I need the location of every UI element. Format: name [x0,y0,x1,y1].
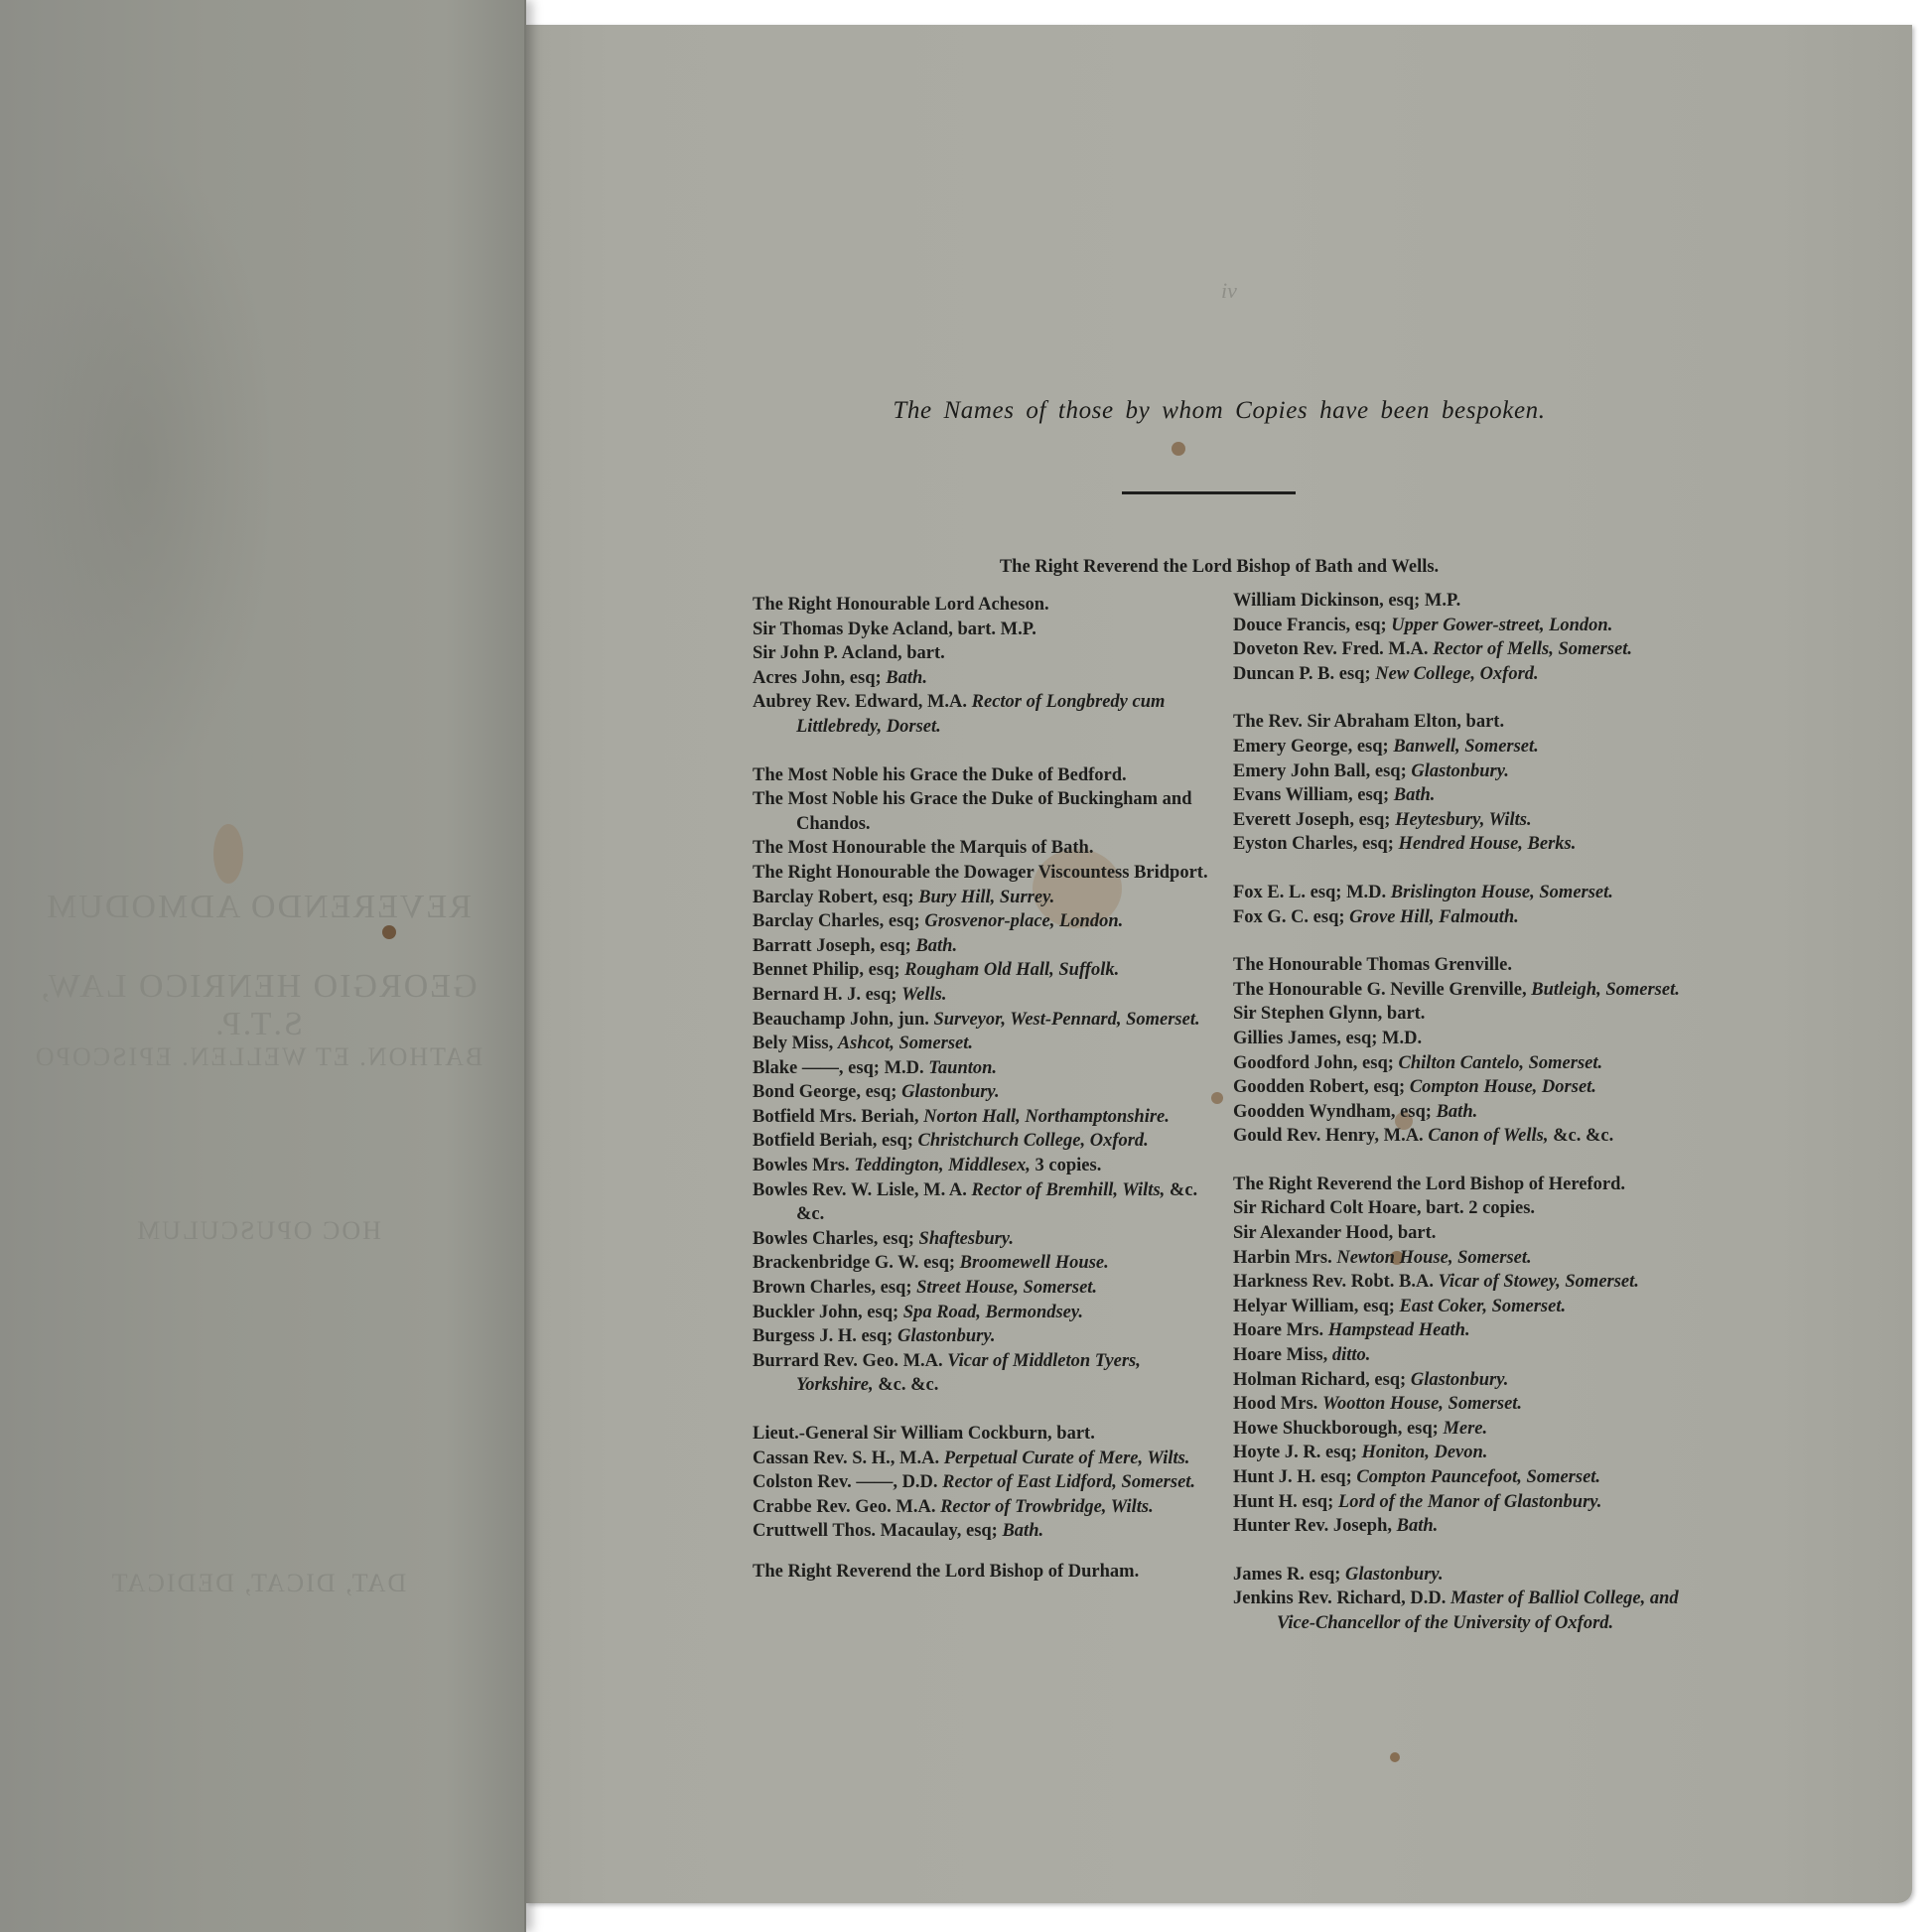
subscriber-entry: Hoyte J. R. esq; Honiton, Devon. [1233,1441,1710,1465]
subscriber-name: Emery John Ball, esq; [1233,761,1407,781]
subscriber-location: Honiton, Devon. [1361,1443,1487,1462]
subscriber-entry: Beauchamp John, jun. Surveyor, West-Penn… [753,1008,1219,1033]
subscriber-suffix: &c. &c. [1553,1126,1613,1146]
subscriber-location: Glastonbury. [901,1082,1000,1102]
subscriber-name: Brown Charles, esq; [753,1278,912,1298]
subscriber-name: The Honourable Thomas Grenville. [1233,955,1512,975]
subscriber-name: Bely Miss, [753,1034,833,1053]
section-gap [1233,1149,1710,1173]
subscriber-entry: Burgess J. H. esq; Glastonbury. [753,1324,1219,1349]
subscriber-entry: Hunter Rev. Joseph, Bath. [1233,1514,1710,1539]
subscriber-entry: Hoare Mrs. Hampstead Heath. [1233,1318,1710,1343]
section-gap [753,740,1219,763]
subscriber-name: Hoare Miss, [1233,1345,1327,1365]
subscriber-entry: Sir John P. Acland, bart. [753,641,1219,666]
subscriber-name: Lieut.-General Sir William Cockburn, bar… [753,1424,1095,1444]
subscriber-name: Sir Thomas Dyke Acland, bart. M.P. [753,620,1036,639]
subscriber-location: Taunton. [928,1058,997,1078]
subscriber-name: Hunter Rev. Joseph, [1233,1516,1392,1536]
subscriber-entry: Hoare Miss, ditto. [1233,1343,1710,1368]
subscriber-entry: Bernard H. J. esq; Wells. [753,983,1219,1008]
subscriber-name: Bowles Rev. W. Lisle, M. A. [753,1180,967,1200]
subscriber-location: Ashcot, Somerset. [838,1034,973,1053]
subscriber-entry: Doveton Rev. Fred. M.A. Rector of Mells,… [1233,637,1710,662]
subscriber-name: Duncan P. B. esq; [1233,664,1371,684]
subscriber-entry: James R. esq; Glastonbury. [1233,1563,1710,1587]
subscriber-entry: Goodford John, esq; Chilton Cantelo, Som… [1233,1051,1710,1076]
subscriber-name: The Right Honourable Lord Acheson. [753,595,1049,615]
subscriber-name: Fox G. C. esq; [1233,907,1345,927]
subscriber-location: Compton Pauncefoot, Somerset. [1356,1467,1600,1487]
subscriber-name: William Dickinson, esq; M.P. [1233,591,1460,611]
subscriber-location: Bath. [886,668,927,688]
subscriber-entry: Bowles Rev. W. Lisle, M. A. Rector of Br… [753,1178,1219,1227]
subscriber-suffix: 3 copies. [1035,1156,1102,1175]
section-gap [1233,1539,1710,1563]
subscriber-entry: Brown Charles, esq; Street House, Somers… [753,1276,1219,1301]
subscriber-name: Bond George, esq; [753,1082,897,1102]
subscriber-location: Rector of East Lidford, Somerset. [942,1472,1195,1492]
subscriber-name: Beauchamp John, jun. [753,1010,929,1030]
subscriber-location: Heytesbury, Wilts. [1395,810,1532,830]
subscriber-name: Evans William, esq; [1233,785,1389,805]
subscriber-location: Grove Hill, Falmouth. [1349,907,1519,927]
subscriber-name: Holman Richard, esq; [1233,1370,1406,1390]
subscriber-name: Bennet Philip, esq; [753,960,900,980]
subscriber-name: The Right Honourable the Dowager Viscoun… [753,863,1208,883]
subscriber-name: Buckler John, esq; [753,1303,898,1322]
subscriber-entry: Jenkins Rev. Richard, D.D. Master of Bal… [1233,1587,1710,1635]
foxing-spot [213,824,243,884]
subscriber-name: Douce Francis, esq; [1233,616,1387,635]
subscriber-location: Perpetual Curate of Mere, Wilts. [944,1449,1190,1468]
subscriber-location: Canon of Wells, [1428,1126,1548,1146]
subscriber-name: Bowles Charles, esq; [753,1229,914,1249]
subscriber-location: Glastonbury. [897,1326,996,1346]
ghost-line: DAT, DICAT, DEDICAT [10,1569,506,1598]
subscriber-location: Rector of Mells, Somerset. [1433,639,1632,659]
subscriber-entry: Barclay Robert, esq; Bury Hill, Surrey. [753,886,1219,910]
subscriber-entry: Blake ——, esq; M.D. Taunton. [753,1056,1219,1081]
subscriber-entry: Everett Joseph, esq; Heytesbury, Wilts. [1233,808,1710,833]
subscriber-name: Goodden Wyndham, esq; [1233,1102,1432,1122]
subscriber-name: The Honourable G. Neville Grenville, [1233,980,1527,1000]
subscriber-entry: Hunt J. H. esq; Compton Pauncefoot, Some… [1233,1465,1710,1490]
subscriber-entry: The Honourable Thomas Grenville. [1233,953,1710,978]
page-number: iv [1221,278,1237,304]
subscriber-entry: Bowles Mrs. Teddington, Middlesex, 3 cop… [753,1154,1219,1178]
facing-page: REVERENDO ADMODUM GEORGIO HENRICO LAW, S… [0,0,526,1932]
subscriber-name: Aubrey Rev. Edward, M.A. [753,692,967,712]
subscriber-entry: The Most Noble his Grace the Duke of Buc… [753,787,1219,836]
subscriber-entry: Goodden Robert, esq; Compton House, Dors… [1233,1075,1710,1100]
subscriber-location: Surveyor, West-Pennard, Somerset. [933,1010,1199,1030]
subscriber-name: Hoyte J. R. esq; [1233,1443,1357,1462]
subscriber-list-page: iv The Names of those by whom Copies hav… [526,25,1912,1903]
subscriber-entry: Helyar William, esq; East Coker, Somerse… [1233,1295,1710,1319]
subscriber-location: East Coker, Somerset. [1400,1297,1567,1316]
subscriber-location: Hendred House, Berks. [1399,834,1577,854]
subscriber-entry: The Most Noble his Grace the Duke of Bed… [753,763,1219,788]
subscriber-name: Doveton Rev. Fred. M.A. [1233,639,1428,659]
subscriber-entry: Douce Francis, esq; Upper Gower-street, … [1233,614,1710,638]
subscriber-location: Rector of Bremhill, Wilts, [971,1180,1165,1200]
subscriber-entry: Acres John, esq; Bath. [753,666,1219,691]
subscriber-entry: Bond George, esq; Glastonbury. [753,1080,1219,1105]
subscriber-name: Gould Rev. Henry, M.A. [1233,1126,1424,1146]
subscriber-entry: The Right Reverend the Lord Bishop of He… [1233,1173,1710,1197]
subscriber-entry: The Right Honourable the Dowager Viscoun… [753,861,1219,886]
subscriber-entry: Harbin Mrs. Newton House, Somerset. [1233,1246,1710,1271]
subscriber-entry: Gillies James, esq; M.D. [1233,1027,1710,1051]
subscriber-name: Barclay Charles, esq; [753,911,920,931]
subscriber-entry: Cruttwell Thos. Macaulay, esq; Bath. [753,1519,1219,1544]
subscriber-name: James R. esq; [1233,1565,1340,1585]
subscriber-entry: Brackenbridge G. W. esq; Broomewell Hous… [753,1251,1219,1276]
subscriber-name: Cassan Rev. S. H., M.A. [753,1449,939,1468]
subscriber-entry: William Dickinson, esq; M.P. [1233,589,1710,614]
subscriber-name: Harbin Mrs. [1233,1248,1332,1268]
subscriber-entry: Holman Richard, esq; Glastonbury. [1233,1368,1710,1393]
subscriber-name: The Right Reverend the Lord Bishop of He… [1233,1174,1625,1194]
subscriber-name: Burrard Rev. Geo. M.A. [753,1351,943,1371]
subscriber-location: Street House, Somerset. [916,1278,1097,1298]
subscriber-entry: Botfield Mrs. Beriah, Norton Hall, North… [753,1105,1219,1130]
subscriber-location: Shaftesbury. [919,1229,1014,1249]
subscriber-name: Barclay Robert, esq; [753,888,914,907]
subscriber-location: Brislington House, Somerset. [1391,883,1613,902]
subscriber-entry: Burrard Rev. Geo. M.A. Vicar of Middleto… [753,1349,1219,1398]
subscriber-name: Hood Mrs. [1233,1394,1317,1414]
subscriber-entry: Cassan Rev. S. H., M.A. Perpetual Curate… [753,1447,1219,1471]
subscriber-name: The Most Noble his Grace the Duke of Buc… [753,789,1192,834]
subscriber-entry: Duncan P. B. esq; New College, Oxford. [1233,662,1710,687]
subscriber-location: Chilton Cantelo, Somerset. [1399,1053,1603,1073]
subscriber-entry: Eyston Charles, esq; Hendred House, Berk… [1233,832,1710,857]
subscriber-entry: Buckler John, esq; Spa Road, Bermondsey. [753,1301,1219,1325]
section-heading: The Right Reverend the Lord Bishop of Ba… [526,557,1912,578]
subscriber-entry: Aubrey Rev. Edward, M.A. Rector of Longb… [753,690,1219,739]
subscriber-suffix: &c. &c. [878,1375,938,1395]
subscriber-entry: Harkness Rev. Robt. B.A. Vicar of Stowey… [1233,1270,1710,1295]
subscriber-entry: Hunt H. esq; Lord of the Manor of Glasto… [1233,1490,1710,1515]
subscriber-location: Christchurch College, Oxford. [918,1131,1149,1151]
subscriber-name: Burgess J. H. esq; [753,1326,893,1346]
subscriber-entry: Fox E. L. esq; M.D. Brislington House, S… [1233,881,1710,905]
foxing-spot [1172,442,1185,456]
subscriber-location: Vicar of Stowey, Somerset. [1439,1272,1639,1292]
subscriber-location: Glastonbury. [1411,761,1509,781]
subscriber-entry: The Rev. Sir Abraham Elton, bart. [1233,710,1710,735]
subscriber-location: Bath. [915,936,957,956]
subscriber-entry: The Most Honourable the Marquis of Bath. [753,836,1219,861]
subscriber-name: Helyar William, esq; [1233,1297,1395,1316]
subscriber-location: Rector of Trowbridge, Wilts. [940,1497,1154,1517]
subscriber-name: Brackenbridge G. W. esq; [753,1253,955,1273]
subscriber-entry: Emery George, esq; Banwell, Somerset. [1233,735,1710,759]
subscriber-entry: Bowles Charles, esq; Shaftesbury. [753,1227,1219,1252]
subscriber-location: Upper Gower-street, London. [1391,616,1612,635]
subscriber-name: The Right Reverend the Lord Bishop of Du… [753,1562,1139,1582]
subscriber-name: Colston Rev. ——, D.D. [753,1472,938,1492]
subscriber-location: New College, Oxford. [1375,664,1538,684]
subscriber-name: Jenkins Rev. Richard, D.D. [1233,1588,1446,1608]
subscriber-name: Barratt Joseph, esq; [753,936,911,956]
subscriber-location: Bath. [1437,1102,1478,1122]
subscriber-name: Hunt J. H. esq; [1233,1467,1352,1487]
subscriber-entry: Bely Miss, Ashcot, Somerset. [753,1032,1219,1056]
subscriber-name: Fox E. L. esq; M.D. [1233,883,1386,902]
subscriber-location: Grosvenor-place, London. [924,911,1123,931]
subscriber-location: Teddington, Middlesex, [854,1156,1031,1175]
subscriber-entry: The Right Honourable Lord Acheson. [753,593,1219,618]
subscriber-entry: The Right Reverend the Lord Bishop of Du… [753,1560,1219,1585]
subscriber-entry: Sir Richard Colt Hoare, bart. 2 copies. [1233,1196,1710,1221]
subscriber-name: Cruttwell Thos. Macaulay, esq; [753,1521,998,1541]
subscriber-location: Mere. [1443,1419,1487,1439]
subscriber-name: Goodden Robert, esq; [1233,1077,1405,1097]
subscriber-entry: Lieut.-General Sir William Cockburn, bar… [753,1422,1219,1447]
foxing-spot [382,925,396,939]
ghost-line: REVERENDO ADMODUM [10,889,506,926]
subscriber-name: The Rev. Sir Abraham Elton, bart. [1233,712,1504,732]
subscriber-name: Hunt H. esq; [1233,1492,1333,1512]
subscriber-name: Sir Stephen Glynn, bart. [1233,1004,1425,1024]
subscriber-entry: Crabbe Rev. Geo. M.A. Rector of Trowbrid… [753,1495,1219,1520]
subscriber-entry: The Honourable G. Neville Grenville, But… [1233,978,1710,1003]
subscriber-location: Rougham Old Hall, Suffolk. [904,960,1119,980]
subscriber-name: Crabbe Rev. Geo. M.A. [753,1497,935,1517]
subscriber-location: Wells. [901,985,946,1005]
subscriber-entry: Colston Rev. ——, D.D. Rector of East Lid… [753,1470,1219,1495]
subscriber-name: Sir Alexander Hood, bart. [1233,1223,1436,1243]
subscriber-name: Blake ——, esq; M.D. [753,1058,924,1078]
subscriber-name: Eyston Charles, esq; [1233,834,1394,854]
subscriber-entry: Emery John Ball, esq; Glastonbury. [1233,759,1710,784]
subscriber-name: Botfield Mrs. Beriah, [753,1107,919,1127]
subscriber-location: Lord of the Manor of Glastonbury. [1338,1492,1602,1512]
ghost-line: HOC OPUSCULUM [10,1216,506,1246]
subscriber-name: Gillies James, esq; M.D. [1233,1029,1422,1048]
subscriber-entry: Sir Stephen Glynn, bart. [1233,1002,1710,1027]
subscriber-entry: Barratt Joseph, esq; Bath. [753,934,1219,959]
subscriber-location: Norton Hall, Northamptonshire. [923,1107,1170,1127]
right-column-list: William Dickinson, esq; M.P.Douce Franci… [1233,589,1710,1636]
subscriber-name: Goodford John, esq; [1233,1053,1394,1073]
subscriber-location: ditto. [1332,1345,1371,1365]
subscriber-entry: Evans William, esq; Bath. [1233,783,1710,808]
foxing-spot [1390,1752,1400,1762]
title-rule [1122,491,1296,494]
subscriber-entry: Goodden Wyndham, esq; Bath. [1233,1100,1710,1125]
section-gap [753,1544,1219,1560]
section-gap [1233,929,1710,953]
section-gap [753,1398,1219,1422]
subscriber-location: Glastonbury. [1411,1370,1509,1390]
subscriber-location: Bath. [1394,785,1436,805]
subscriber-entry: Sir Alexander Hood, bart. [1233,1221,1710,1246]
subscriber-name: Emery George, esq; [1233,737,1389,757]
subscriber-name: Botfield Beriah, esq; [753,1131,913,1151]
ghost-line: BATHON. ET WELLEN. EPISCOPO [10,1042,506,1072]
subscriber-location: Newton House, Somerset. [1336,1248,1531,1268]
section-gap [1233,857,1710,881]
subscriber-location: Bury Hill, Surrey. [918,888,1054,907]
subscriber-location: Broomewell House. [960,1253,1109,1273]
left-column-list: The Right Honourable Lord Acheson.Sir Th… [753,593,1219,1585]
subscriber-location: Hampstead Heath. [1328,1320,1470,1340]
section-gap [1233,686,1710,710]
subscriber-name: The Most Noble his Grace the Duke of Bed… [753,765,1127,785]
subscriber-name: Sir Richard Colt Hoare, bart. 2 copies. [1233,1198,1535,1218]
subscriber-name: The Most Honourable the Marquis of Bath. [753,838,1093,858]
subscriber-entry: Botfield Beriah, esq; Christchurch Colle… [753,1129,1219,1154]
subscriber-location: Wootton House, Somerset. [1322,1394,1522,1414]
subscriber-name: Everett Joseph, esq; [1233,810,1390,830]
subscriber-location: Glastonbury. [1345,1565,1444,1585]
subscriber-name: Hoare Mrs. [1233,1320,1323,1340]
subscriber-entry: Bennet Philip, esq; Rougham Old Hall, Su… [753,958,1219,983]
subscriber-name: Sir John P. Acland, bart. [753,643,945,663]
subscriber-location: Butleigh, Somerset. [1531,980,1680,1000]
subscriber-location: Banwell, Somerset. [1393,737,1538,757]
subscriber-entry: Barclay Charles, esq; Grosvenor-place, L… [753,909,1219,934]
subscriber-name: Howe Shuckborough, esq; [1233,1419,1439,1439]
subscriber-entry: Fox G. C. esq; Grove Hill, Falmouth. [1233,905,1710,930]
subscriber-name: Bernard H. J. esq; [753,985,897,1005]
subscriber-name: Bowles Mrs. [753,1156,850,1175]
subscriber-location: Spa Road, Bermondsey. [903,1303,1083,1322]
subscriber-location: Bath. [1002,1521,1043,1541]
subscriber-entry: Howe Shuckborough, esq; Mere. [1233,1417,1710,1442]
subscriber-name: Harkness Rev. Robt. B.A. [1233,1272,1434,1292]
subscriber-entry: Hood Mrs. Wootton House, Somerset. [1233,1392,1710,1417]
ghost-line: GEORGIO HENRICO LAW, S.T.P. [10,968,506,1043]
subscriber-entry: Gould Rev. Henry, M.A. Canon of Wells, &… [1233,1124,1710,1149]
subscriber-name: Acres John, esq; [753,668,882,688]
subscriber-location: Bath. [1397,1516,1439,1536]
subscriber-location: Compton House, Dorset. [1410,1077,1596,1097]
show-through-illustration [0,149,278,784]
page-title: The Names of those by whom Copies have b… [526,397,1912,425]
subscriber-entry: Sir Thomas Dyke Acland, bart. M.P. [753,618,1219,642]
